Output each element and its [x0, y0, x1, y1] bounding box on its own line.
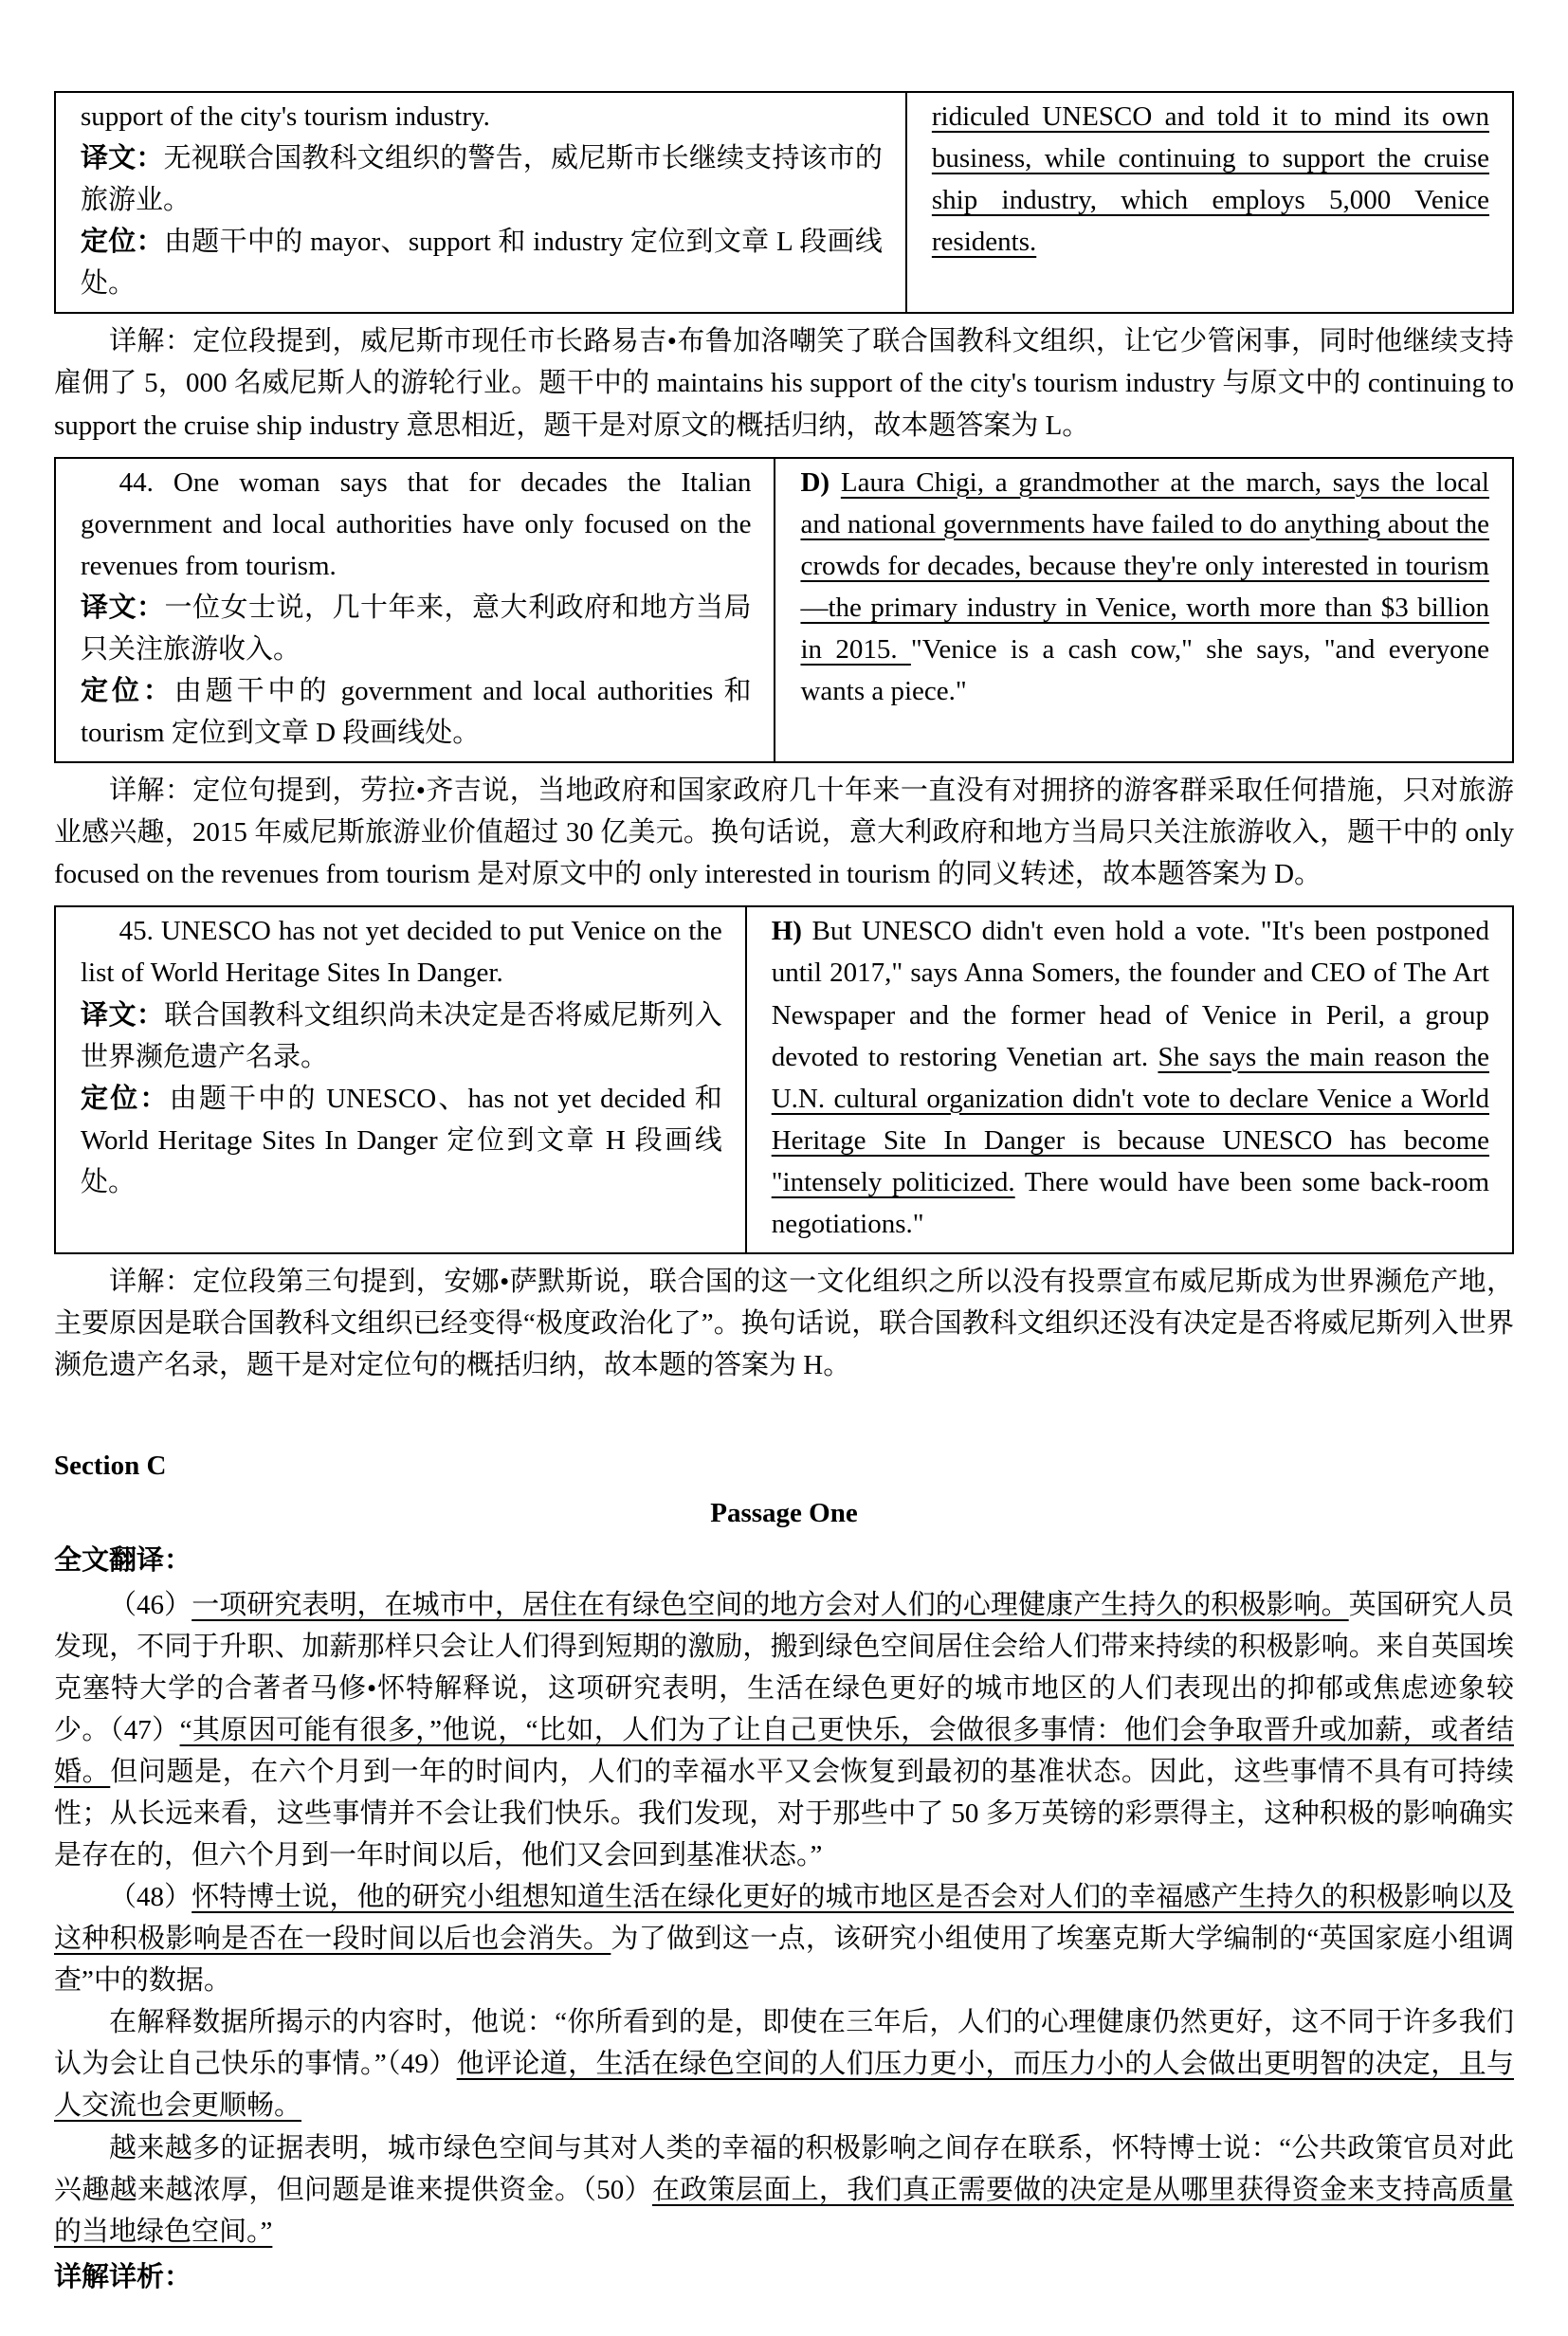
q44-translation: 译文：一位女士说，几十年来，意大利政府和地方当局只关注旅游收入。 [81, 587, 751, 670]
q45-passage-excerpt: H) But UNESCO didn't even hold a vote. "… [772, 910, 1489, 1245]
q44-stem-en: 44. One woman says that for decades the … [81, 462, 751, 587]
q43-detail-paragraph: 详解：定位段提到，威尼斯市现任市长路易吉•布鲁加洛嘲笑了联合国教科文组织，让它少… [54, 320, 1514, 446]
q44-location: 定位：由题干中的 government and local authoritie… [81, 670, 751, 754]
passage-one-heading: Passage One [54, 1492, 1514, 1534]
exam-answer-page: support of the city's tourism industry. … [0, 0, 1568, 2336]
q43-stem-cell: support of the city's tourism industry. … [55, 92, 906, 313]
q44-stem-cell: 44. One woman says that for decades the … [55, 458, 775, 763]
translation-paragraph-50: 越来越多的证据表明，城市绿色空间与其对人类的幸福的积极影响之间存在联系，怀特博士… [54, 2127, 1514, 2253]
q43-passage-cell: ridiculed UNESCO and told it to mind its… [906, 92, 1513, 313]
section-c-heading: Section C [54, 1445, 1514, 1487]
q43-stem-en: support of the city's tourism industry. [81, 96, 883, 137]
q44-detail-paragraph: 详解：定位句提到，劳拉•齐吉说，当地政府和国家政府几十年来一直没有对拥挤的游客群… [54, 770, 1514, 895]
q43-translation: 译文：无视联合国教科文组织的警告，威尼斯市长继续支持该市的旅游业。 [81, 137, 883, 221]
answer-table-q44: 44. One woman says that for decades the … [54, 457, 1514, 764]
answer-table-q43: support of the city's tourism industry. … [54, 91, 1514, 314]
q43-location: 定位：由题干中的 mayor、support 和 industry 定位到文章 … [81, 221, 883, 304]
translation-paragraph-46-47: （46）一项研究表明，在城市中，居住在有绿色空间的地方会对人们的心理健康产生持久… [54, 1584, 1514, 1877]
q45-translation: 译文：联合国教科文组织尚未决定是否将威尼斯列入世界濒危遗产名录。 [81, 995, 722, 1078]
q45-stem-en: 45. UNESCO has not yet decided to put Ve… [81, 910, 722, 994]
detail-analysis-heading: 详解详析： [54, 2256, 1514, 2298]
q45-location: 定位：由题干中的 UNESCO、has not yet decided 和 Wo… [81, 1078, 722, 1203]
translation-paragraph-49: 在解释数据所揭示的内容时，他说：“你所看到的是，即使在三年后，人们的心理健康仍然… [54, 2001, 1514, 2126]
full-translation-heading: 全文翻译： [54, 1540, 1514, 1581]
answer-table-q45: 45. UNESCO has not yet decided to put Ve… [54, 905, 1514, 1254]
q45-passage-cell: H) But UNESCO didn't even hold a vote. "… [746, 906, 1513, 1253]
translation-paragraph-48: （48）怀特博士说，他的研究小组想知道生活在绿化更好的城市地区是否会对人们的幸福… [54, 1876, 1514, 2001]
q44-passage-cell: D) Laura Chigi, a grandmother at the mar… [775, 458, 1513, 763]
q45-stem-cell: 45. UNESCO has not yet decided to put Ve… [55, 906, 746, 1253]
q43-passage-excerpt: ridiculed UNESCO and told it to mind its… [932, 96, 1489, 263]
q45-detail-paragraph: 详解：定位段第三句提到，安娜•萨默斯说，联合国的这一文化组织之所以没有投票宣布威… [54, 1261, 1514, 1386]
q44-passage-excerpt: D) Laura Chigi, a grandmother at the mar… [800, 462, 1489, 712]
